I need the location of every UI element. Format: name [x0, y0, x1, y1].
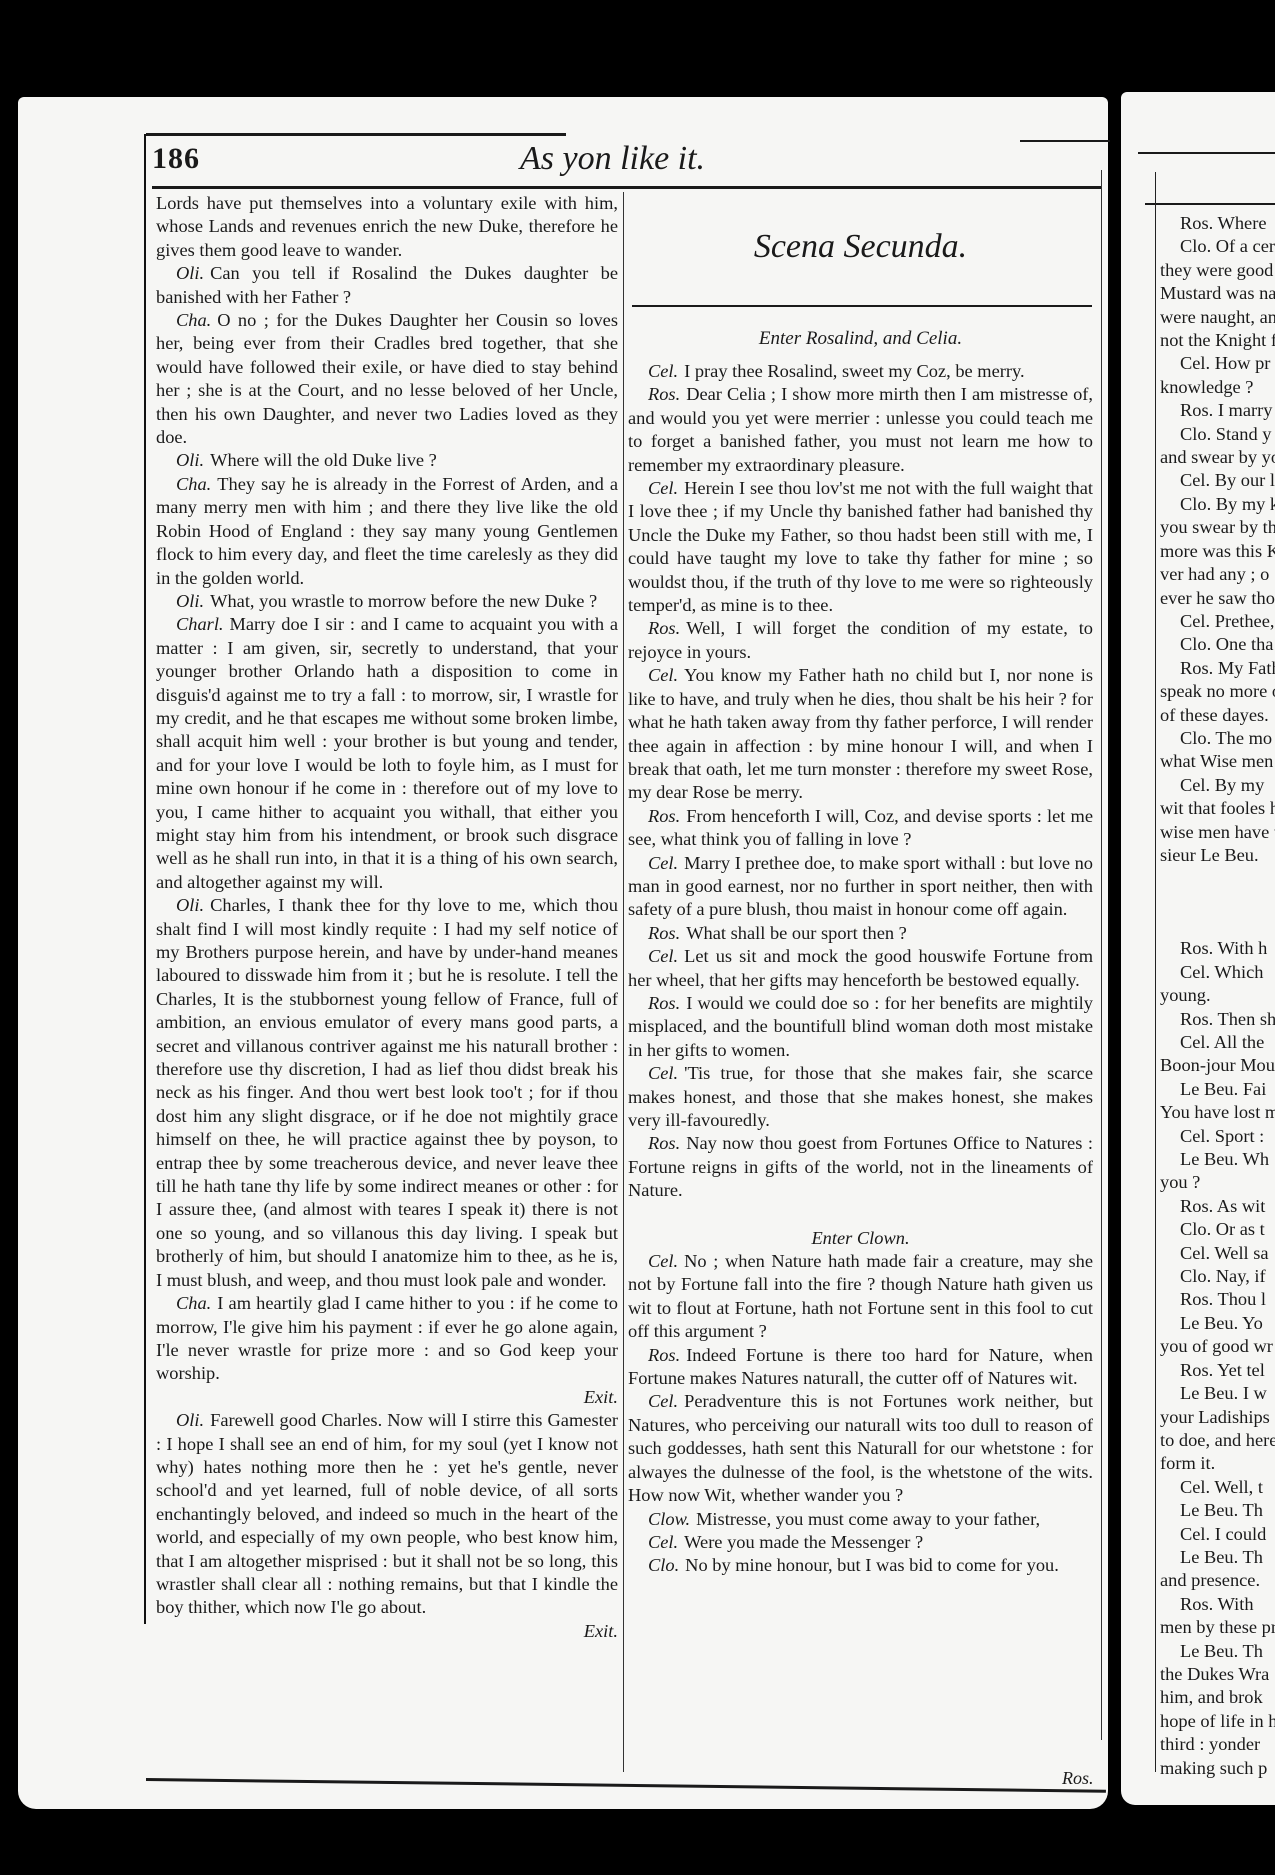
- speech: Cel.'Tis true, for those that she makes …: [628, 1062, 1093, 1132]
- speech-text: Lords have put themselves into a volunta…: [156, 193, 618, 260]
- speech-text: They say he is already in the Forrest of…: [156, 474, 618, 588]
- fragment-line: more was this Kn: [1160, 540, 1275, 563]
- speech-text: Nay now thou goest from Fortunes Office …: [628, 1133, 1093, 1200]
- fragment-line: Ros. Yet tel: [1160, 1359, 1275, 1382]
- speaker-label: Oli.: [176, 450, 204, 470]
- fragment-line: Le Beu. Wh: [1160, 1148, 1275, 1171]
- speech: Cel.Were you made the Messenger ?: [628, 1531, 1093, 1554]
- speech-text: Well, I will forget the condition of my …: [628, 618, 1093, 661]
- fragment-line: Le Beu. Th: [1160, 1499, 1275, 1522]
- fragment-gap: [1160, 867, 1275, 937]
- fragment-line: Clo. By my k: [1160, 493, 1275, 516]
- fragment-line: not the Knight f: [1160, 329, 1275, 352]
- fragment-line: hope of life in h: [1160, 1710, 1275, 1733]
- speech-text: 'Tis true, for those that she makes fair…: [628, 1063, 1093, 1130]
- left-text-column: Lords have put themselves into a volunta…: [156, 192, 618, 1643]
- fragment-line: Clo. Of a cer: [1160, 235, 1275, 258]
- speaker-label: Cel.: [648, 478, 678, 498]
- speech: Charl.Marry doe I sir : and I came to ac…: [156, 613, 618, 894]
- speech-text: Farewell good Charles. Now will I stirre…: [156, 1410, 618, 1617]
- top-frame-rule-right: [1020, 140, 1110, 142]
- speech-text: Dear Celia ; I show more mirth then I am…: [628, 384, 1093, 474]
- speech: Cha.They say he is already in the Forres…: [156, 473, 618, 590]
- speech: Oli.Charles, I thank thee for thy love t…: [156, 894, 618, 1292]
- fragment-line: Ros. With h: [1160, 937, 1275, 960]
- speaker-label: Cel.: [648, 853, 678, 873]
- speech: Cel.Marry I prethee doe, to make sport w…: [628, 852, 1093, 922]
- fragment-line: Le Beu. Fai: [1160, 1078, 1275, 1101]
- speech-text: Charles, I thank thee for thy love to me…: [156, 895, 618, 1290]
- speech: Cel.You know my Father hath no child but…: [628, 664, 1093, 804]
- speech: Ros.Indeed Fortune is there too hard for…: [628, 1344, 1093, 1391]
- speaker-label: Clo.: [648, 1555, 679, 1575]
- speech: Ros.I would we could doe so : for her be…: [628, 992, 1093, 1062]
- next-page-header-rule: [1145, 203, 1275, 205]
- speech-text: Marry doe I sir : and I came to acquaint…: [156, 614, 618, 891]
- fragment-line: sieur Le Beu.: [1160, 844, 1275, 867]
- speech-text: What, you wrastle to morrow before the n…: [210, 591, 597, 611]
- speaker-label: Oli.: [176, 263, 204, 283]
- speech-text: From henceforth I will, Coz, and devise …: [628, 806, 1093, 849]
- fragment-line: Clo. Stand y: [1160, 423, 1275, 446]
- fragment-line: Cel. Prethee,: [1160, 610, 1275, 633]
- scene-entry-direction: Enter Rosalind, and Celia.: [628, 328, 1093, 350]
- fragment-line: You have lost m: [1160, 1101, 1275, 1124]
- fragment-line: Cel. Which: [1160, 961, 1275, 984]
- fragment-line: young.: [1160, 984, 1275, 1007]
- speaker-label: Cel.: [648, 1063, 678, 1083]
- fragment-line: ever he saw thos: [1160, 587, 1275, 610]
- speaker-label: Cel.: [648, 665, 678, 685]
- speaker-label: Oli.: [176, 1410, 204, 1430]
- left-frame-rule: [144, 134, 146, 1624]
- speech: Cha.I am heartily glad I came hither to …: [156, 1292, 618, 1409]
- speech: Cel.Peradventure this is not Fortunes wo…: [628, 1390, 1093, 1507]
- speech-text: You know my Father hath no child but I, …: [628, 665, 1093, 802]
- speech-text: I pray thee Rosalind, sweet my Coz, be m…: [684, 361, 1024, 381]
- fragment-line: Le Beu. Th: [1160, 1640, 1275, 1663]
- fragment-line: Ros. With: [1160, 1593, 1275, 1616]
- speaker-label: Ros.: [648, 618, 680, 638]
- exit-direction: Exit.: [156, 1386, 618, 1409]
- speaker-label: Ros.: [648, 993, 680, 1013]
- fragment-line: Clo. Nay, if: [1160, 1265, 1275, 1288]
- speech: Cel.Let us sit and mock the good houswif…: [628, 945, 1093, 992]
- speaker-label: Cha.: [176, 1293, 211, 1313]
- speech: Clow.Mistresse, you must come away to yo…: [628, 1508, 1093, 1531]
- fragment-line: you swear by tha: [1160, 516, 1275, 539]
- speaker-label: Cha.: [176, 474, 211, 494]
- fragment-line: they were good: [1160, 259, 1275, 282]
- scene-title: Scena Secunda.: [628, 228, 1093, 266]
- speech-text: Herein I see thou lov'st me not with the…: [628, 478, 1093, 615]
- fragment-line: third : yonder: [1160, 1733, 1275, 1756]
- speech: Cel.Herein I see thou lov'st me not with…: [628, 477, 1093, 617]
- fragment-line: speak no more o: [1160, 680, 1275, 703]
- fragment-line: Cel. Well sa: [1160, 1242, 1275, 1265]
- speech: Cha.O no ; for the Dukes Daughter her Co…: [156, 309, 618, 449]
- speech-text: I am heartily glad I came hither to you …: [156, 1293, 618, 1383]
- fragment-line: Ros. My Fath: [1160, 657, 1275, 680]
- fragment-line: Le Beu. Th: [1160, 1546, 1275, 1569]
- fragment-line: Ros. Where: [1160, 212, 1275, 235]
- speech-text: Marry I prethee doe, to make sport witha…: [628, 853, 1093, 920]
- speech: Ros.Well, I will forget the condition of…: [628, 617, 1093, 664]
- speech: Oli.Can you tell if Rosalind the Dukes d…: [156, 262, 618, 309]
- fragment-line: Cel. Sport :: [1160, 1125, 1275, 1148]
- fragment-line: men by these pr: [1160, 1616, 1275, 1639]
- fragment-line: Cel. How pr: [1160, 352, 1275, 375]
- fragment-line: your Ladiships: [1160, 1406, 1275, 1429]
- speech: Ros.From henceforth I will, Coz, and dev…: [628, 805, 1093, 852]
- fragment-line: what Wise men: [1160, 750, 1275, 773]
- speaker-label: Oli.: [176, 591, 204, 611]
- speaker-label: Ros.: [648, 1133, 680, 1153]
- fragment-line: Cel. By our l: [1160, 469, 1275, 492]
- fragment-line: Le Beu. Yo: [1160, 1312, 1275, 1335]
- speaker-label: Ros.: [648, 384, 680, 404]
- next-page-left-rule: [1155, 172, 1156, 1772]
- speaker-label: Ros.: [648, 806, 680, 826]
- speech: Oli.What, you wrastle to morrow before t…: [156, 590, 618, 613]
- fragment-line: wit that fooles h: [1160, 797, 1275, 820]
- fragment-line: him, and brok: [1160, 1686, 1275, 1709]
- fragment-line: of these dayes.: [1160, 704, 1275, 727]
- catchword: Ros.: [1062, 1768, 1094, 1789]
- fragment-line: Clo. The mo: [1160, 727, 1275, 750]
- speaker-label: Cel.: [648, 946, 678, 966]
- fragment-line: wise men have t: [1160, 821, 1275, 844]
- speech-text: I would we could doe so : for her benefi…: [628, 993, 1093, 1060]
- fragment-line: Cel. By my: [1160, 774, 1275, 797]
- fragment-line: Le Beu. I w: [1160, 1382, 1275, 1405]
- speech-text: No ; when Nature hath made fair a creatu…: [628, 1251, 1093, 1341]
- next-page-text-column: Ros. WhereClo. Of a certhey were goodMus…: [1160, 212, 1275, 1780]
- fragment-line: Cel. Well, t: [1160, 1476, 1275, 1499]
- speech: Ros.Dear Celia ; I show more mirth then …: [628, 383, 1093, 477]
- right-text-column: Cel.I pray thee Rosalind, sweet my Coz, …: [628, 360, 1093, 1578]
- right-frame-rule: [1101, 170, 1102, 1740]
- fragment-line: Clo. Or as t: [1160, 1218, 1275, 1241]
- top-frame-rule: [146, 133, 566, 136]
- scene-title-underline: [632, 305, 1092, 307]
- speech: Ros.What shall be our sport then ?: [628, 922, 1093, 945]
- speaker-label: Ros.: [648, 923, 680, 943]
- speaker-label: Cel.: [648, 1532, 678, 1552]
- fragment-line: Ros. I marry: [1160, 399, 1275, 422]
- next-page-top-rule: [1138, 152, 1275, 154]
- fragment-line: Ros. As wit: [1160, 1195, 1275, 1218]
- speaker-label: Clow.: [648, 1509, 690, 1529]
- fragment-line: and swear by yo: [1160, 446, 1275, 469]
- speech-text: No by mine honour, but I was bid to come…: [685, 1555, 1059, 1575]
- speech-text: Mistresse, you must come away to your fa…: [696, 1509, 1040, 1529]
- fragment-line: Cel. All the: [1160, 1031, 1275, 1054]
- speech-text: Can you tell if Rosalind the Dukes daugh…: [156, 263, 618, 306]
- speaker-label: Ros.: [648, 1345, 680, 1365]
- speech-text: Were you made the Messenger ?: [684, 1532, 923, 1552]
- speech-text: What shall be our sport then ?: [686, 923, 907, 943]
- fragment-line: knowledge ?: [1160, 376, 1275, 399]
- header-underline-rule: [152, 186, 1102, 189]
- stage-direction: Enter Clown.: [628, 1227, 1093, 1250]
- speech: Oli.Where will the old Duke live ?: [156, 449, 618, 472]
- fragment-line: you ?: [1160, 1171, 1275, 1194]
- exit-direction: Exit.: [156, 1620, 618, 1643]
- fragment-line: and presence.: [1160, 1569, 1275, 1592]
- fragment-line: Ros. Then sh: [1160, 1008, 1275, 1031]
- speaker-label: Cel.: [648, 1391, 678, 1411]
- fragment-line: making such p: [1160, 1757, 1275, 1780]
- speech-text: Let us sit and mock the good houswife Fo…: [628, 946, 1093, 989]
- speech: Lords have put themselves into a volunta…: [156, 192, 618, 262]
- fragment-line: Mustard was nau: [1160, 282, 1275, 305]
- fragment-line: Cel. I could: [1160, 1523, 1275, 1546]
- fragment-line: the Dukes Wra: [1160, 1663, 1275, 1686]
- speaker-label: Cel.: [648, 1251, 678, 1271]
- speech-text: O no ; for the Dukes Daughter her Cousin…: [156, 310, 618, 447]
- speaker-label: Cha.: [176, 310, 211, 330]
- column-divider: [623, 192, 624, 1772]
- fragment-line: you of good wr: [1160, 1335, 1275, 1358]
- fragment-line: ver had any ; o: [1160, 563, 1275, 586]
- speech: Oli.Farewell good Charles. Now will I st…: [156, 1409, 618, 1643]
- fragment-line: form it.: [1160, 1452, 1275, 1475]
- fragment-line: were naught, an: [1160, 306, 1275, 329]
- running-title: As yon like it.: [520, 140, 705, 178]
- fragment-line: to doe, and here: [1160, 1429, 1275, 1452]
- speech-text: Where will the old Duke live ?: [210, 450, 437, 470]
- page-number: 186: [152, 142, 200, 176]
- fragment-line: Boon-jour Mou: [1160, 1054, 1275, 1077]
- speaker-label: Oli.: [176, 895, 204, 915]
- speaker-label: Charl.: [176, 614, 224, 634]
- speech: Clo.No by mine honour, but I was bid to …: [628, 1554, 1093, 1577]
- speech: Cel.No ; when Nature hath made fair a cr…: [628, 1250, 1093, 1344]
- speaker-label: Cel.: [648, 361, 678, 381]
- speech: Cel.I pray thee Rosalind, sweet my Coz, …: [628, 360, 1093, 383]
- fragment-line: Clo. One tha: [1160, 633, 1275, 656]
- speech-text: Peradventure this is not Fortunes work n…: [628, 1391, 1093, 1505]
- fragment-line: Ros. Thou l: [1160, 1288, 1275, 1311]
- speech-text: Indeed Fortune is there too hard for Nat…: [628, 1345, 1093, 1388]
- speech: Ros.Nay now thou goest from Fortunes Off…: [628, 1132, 1093, 1202]
